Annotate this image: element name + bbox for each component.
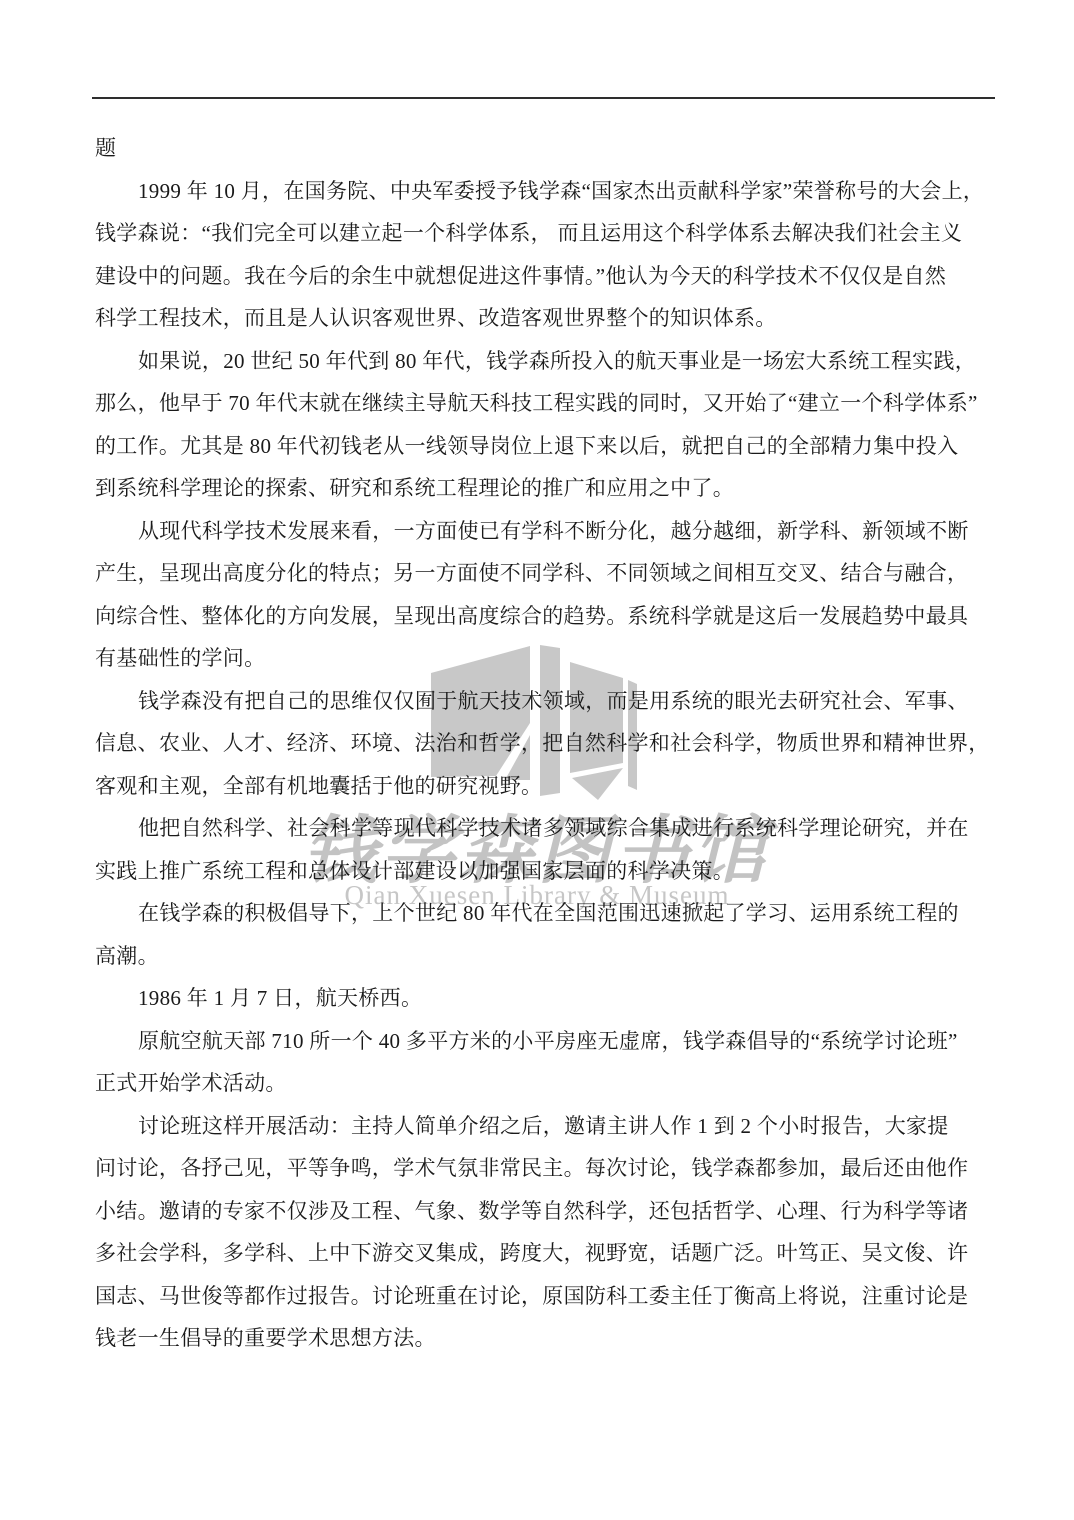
text-line: 1986 年 1 月 7 日，航天桥西。	[95, 977, 985, 1020]
text-line: 题	[95, 127, 985, 170]
text-line: 的工作。尤其是 80 年代初钱老从一线领导岗位上退下来以后，就把自己的全部精力集…	[95, 425, 985, 468]
text-line: 客观和主观，全部有机地囊括于他的研究视野。	[95, 765, 985, 808]
text-line: 多社会学科，多学科、上中下游交叉集成，跨度大，视野宽，话题广泛。叶笃正、吴文俊、…	[95, 1232, 985, 1275]
text-line: 1999 年 10 月，在国务院、中央军委授予钱学森“国家杰出贡献科学家”荣誉称…	[95, 170, 985, 213]
text-line: 科学工程技术，而且是人认识客观世界、改造客观世界整个的知识体系。	[95, 297, 985, 340]
text-line: 实践上推广系统工程和总体设计部建设以加强国家层面的科学决策。	[95, 850, 985, 893]
text-line: 建设中的问题。我在今后的余生中就想促进这件事情。”他认为今天的科学技术不仅仅是自…	[95, 255, 985, 298]
text-line: 国志、马世俊等都作过报告。讨论班重在讨论，原国防科工委主任丁衡高上将说，注重讨论…	[95, 1275, 985, 1318]
text-line: 钱学森说：“我们完全可以建立起一个科学体系， 而且运用这个科学体系去解决我们社会…	[95, 212, 985, 255]
text-line: 到系统科学理论的探索、研究和系统工程理论的推广和应用之中了。	[95, 467, 985, 510]
text-line: 钱老一生倡导的重要学术思想方法。	[95, 1317, 985, 1360]
text-line: 问讨论，各抒己见，平等争鸣，学术气氛非常民主。每次讨论，钱学森都参加，最后还由他…	[95, 1147, 985, 1190]
text-line: 有基础性的学问。	[95, 637, 985, 680]
document-text: 题1999 年 10 月，在国务院、中央军委授予钱学森“国家杰出贡献科学家”荣誉…	[95, 127, 985, 1360]
text-line: 原航空航天部 710 所一个 40 多平方米的小平房座无虚席，钱学森倡导的“系统…	[95, 1020, 985, 1063]
text-line: 他把自然科学、社会科学等现代科学技术诸多领域综合集成进行系统科学理论研究，并在	[95, 807, 985, 850]
text-line: 信息、农业、人才、经济、环境、法治和哲学，把自然科学和社会科学，物质世界和精神世…	[95, 722, 985, 765]
text-line: 那么，他早于 70 年代末就在继续主导航天科技工程实践的同时，又开始了“建立一个…	[95, 382, 985, 425]
text-line: 如果说，20 世纪 50 年代到 80 年代，钱学森所投入的航天事业是一场宏大系…	[95, 340, 985, 383]
text-line: 正式开始学术活动。	[95, 1062, 985, 1105]
text-line: 向综合性、整体化的方向发展，呈现出高度综合的趋势。系统科学就是这后一发展趋势中最…	[95, 595, 985, 638]
text-line: 高潮。	[95, 935, 985, 978]
text-line: 产生，呈现出高度分化的特点；另一方面使不同学科、不同领域之间相互交叉、结合与融合…	[95, 552, 985, 595]
text-line: 在钱学森的积极倡导下，上个世纪 80 年代在全国范围迅速掀起了学习、运用系统工程…	[95, 892, 985, 935]
document-page: 钱学森图书馆 Qian Xuesen Library & Museum 题199…	[0, 0, 1074, 1520]
header-rule	[92, 97, 995, 99]
text-line: 钱学森没有把自己的思维仅仅囿于航天技术领域，而是用系统的眼光去研究社会、军事、	[95, 680, 985, 723]
text-line: 小结。邀请的专家不仅涉及工程、气象、数学等自然科学，还包括哲学、心理、行为科学等…	[95, 1190, 985, 1233]
text-line: 从现代科学技术发展来看，一方面使已有学科不断分化，越分越细，新学科、新领域不断	[95, 510, 985, 553]
text-line: 讨论班这样开展活动：主持人简单介绍之后，邀请主讲人作 1 到 2 个小时报告，大…	[95, 1105, 985, 1148]
